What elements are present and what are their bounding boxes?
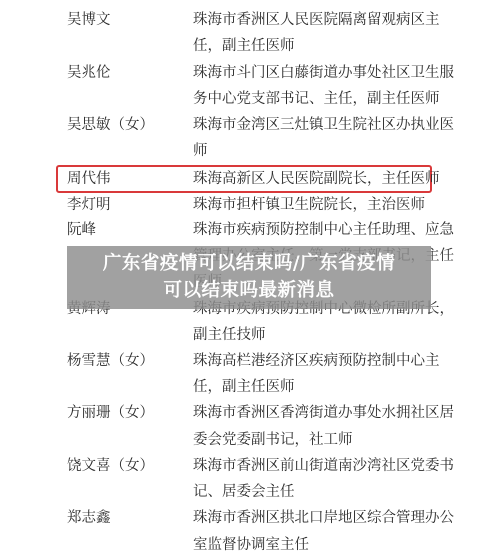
- person-title-line: 珠海市香洲区香湾街道办事处水拥社区居: [193, 400, 438, 426]
- person-name: 郑志鑫: [67, 505, 187, 531]
- title-overlay-banner: 广东省疫情可以结束吗/广东省疫情 可以结束吗最新消息: [67, 246, 431, 309]
- person-title-line: 珠海市斗门区白藤街道办事处社区卫生服: [193, 60, 438, 86]
- person-title-line: 珠海市疾病预防控制中心主任助理、应急: [193, 217, 438, 243]
- overlay-title: 广东省疫情可以结束吗/广东省疫情 可以结束吗最新消息: [67, 250, 431, 304]
- person-title-line: 记、居委会主任: [193, 479, 438, 505]
- person-name: 阮峰: [67, 217, 187, 243]
- person-title-line: 珠海市香洲区人民医院隔离留观病区主: [193, 7, 438, 33]
- person-name: 吴思敏（女）: [67, 112, 187, 138]
- person-title-line: 任，副主任医师: [193, 374, 438, 400]
- person-title-line: 珠海市金湾区三灶镇卫生院社区办执业医: [193, 112, 438, 138]
- person-title-line: 师: [193, 138, 438, 164]
- person-title-line: 珠海市担杆镇卫生院院长，主治医师: [193, 192, 438, 218]
- person-title-line: 珠海市香洲区前山街道南沙湾社区党委书: [193, 453, 438, 479]
- document-page: 吴博文 珠海市香洲区人民医院隔离留观病区主 任，副主任医师 吴兆伦 珠海市斗门区…: [0, 0, 500, 555]
- person-name: 饶文喜（女）: [67, 453, 187, 479]
- overlay-title-line-2: 可以结束吗最新消息: [67, 277, 431, 304]
- person-name: 李灯明: [67, 192, 187, 218]
- person-title-line: 珠海市香洲区拱北口岸地区综合管理办公: [193, 505, 438, 531]
- person-title-line: 务中心党支部书记、主任，副主任医师: [193, 86, 438, 112]
- person-name: 吴兆伦: [67, 60, 187, 86]
- person-name-highlighted: 周代伟: [67, 166, 187, 192]
- person-title-line: 副主任技师: [193, 322, 438, 348]
- person-title-line: 任，副主任医师: [193, 33, 438, 59]
- person-name: 吴博文: [67, 7, 187, 33]
- person-title-line: 委会党委副书记，社工师: [193, 427, 438, 453]
- overlay-title-line-1: 广东省疫情可以结束吗/广东省疫情: [67, 250, 431, 277]
- person-title-line-highlighted: 珠海高新区人民医院副院长，主任医师: [193, 166, 438, 192]
- person-title-line: 室监督协调室主任: [193, 532, 438, 555]
- person-title-line: 珠海高栏港经济区疾病预防控制中心主: [193, 348, 438, 374]
- person-name: 方丽珊（女）: [67, 400, 187, 426]
- person-name: 杨雪慧（女）: [67, 348, 187, 374]
